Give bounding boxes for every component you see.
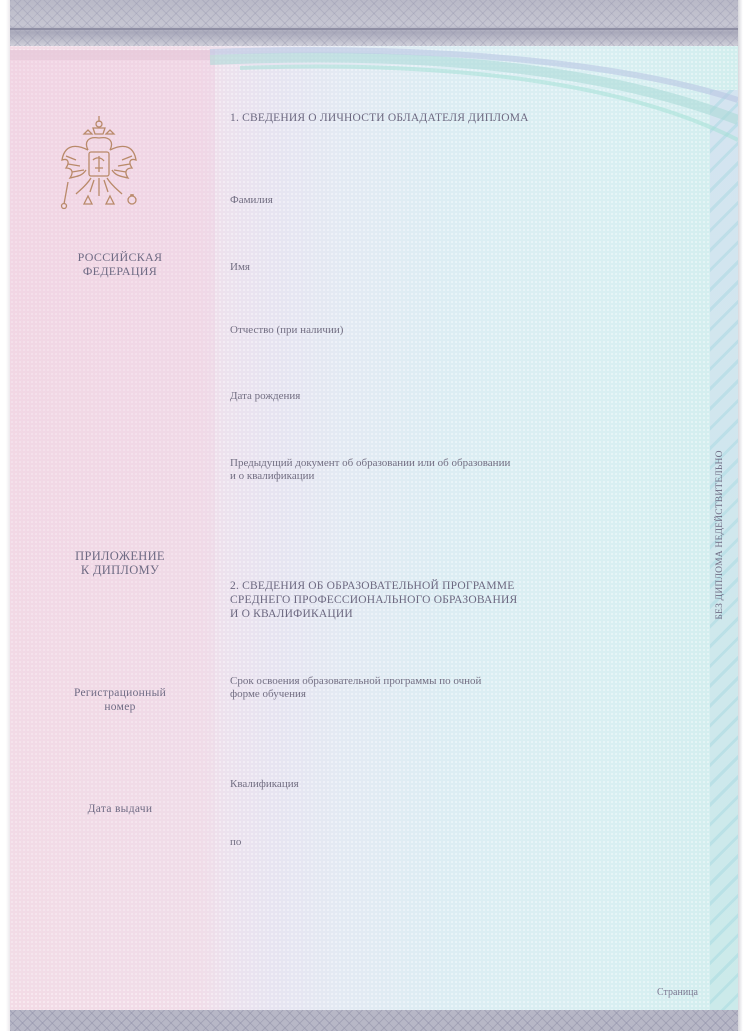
supplement-title-line-2: К ДИПЛОМУ <box>20 563 220 577</box>
patronymic-label: Отчество (при наличии) <box>230 324 343 337</box>
bottom-guilloche-border <box>10 1010 738 1031</box>
registration-number-line-2: номер <box>20 700 220 714</box>
country-line-1: РОССИЙСКАЯ <box>20 250 220 264</box>
issue-date-label: Дата выдачи <box>20 802 220 816</box>
program-duration-line-1: Срок освоения образовательной программы … <box>230 675 481 688</box>
qualification-label: Квалификация <box>230 778 299 791</box>
scan-right-margin <box>738 0 750 1031</box>
surname-label: Фамилия <box>230 194 273 207</box>
previous-document-line-1: Предыдущий документ об образовании или о… <box>230 457 510 470</box>
invalid-without-diploma-notice: БЕЗ ДИПЛОМА НЕДЕЙСТВИТЕЛЬНО <box>715 450 725 619</box>
previous-document-label: Предыдущий документ об образовании или о… <box>230 457 510 483</box>
name-label: Имя <box>230 261 250 274</box>
section-1-heading: 1. СВЕДЕНИЯ О ЛИЧНОСТИ ОБЛАДАТЕЛЯ ДИПЛОМ… <box>230 111 529 125</box>
specialty-by-label: по <box>230 836 241 849</box>
country-name: РОССИЙСКАЯ ФЕДЕРАЦИЯ <box>20 250 220 278</box>
previous-document-line-2: и о квалификации <box>230 470 510 483</box>
coat-of-arms-icon <box>58 112 140 220</box>
program-duration-label: Срок освоения образовательной программы … <box>230 675 481 701</box>
country-line-2: ФЕДЕРАЦИЯ <box>20 264 220 278</box>
section-2-heading: 2. СВЕДЕНИЯ ОБ ОБРАЗОВАТЕЛЬНОЙ ПРОГРАММЕ… <box>230 579 517 621</box>
registration-number-line-1: Регистрационный <box>20 686 220 700</box>
section-2-heading-line-3: И О КВАЛИФИКАЦИИ <box>230 607 517 621</box>
section-2-heading-line-1: 2. СВЕДЕНИЯ ОБ ОБРАЗОВАТЕЛЬНОЙ ПРОГРАММЕ <box>230 579 517 593</box>
section-2-heading-line-2: СРЕДНЕГО ПРОФЕССИОНАЛЬНОГО ОБРАЗОВАНИЯ <box>230 593 517 607</box>
scan-left-margin <box>0 0 10 1031</box>
page-number-label: Страница <box>657 987 698 998</box>
registration-number-label: Регистрационный номер <box>20 686 220 714</box>
supplement-title-line-1: ПРИЛОЖЕНИЕ <box>20 549 220 563</box>
supplement-title: ПРИЛОЖЕНИЕ К ДИПЛОМУ <box>20 549 220 577</box>
birth-date-label: Дата рождения <box>230 390 300 403</box>
program-duration-line-2: форме обучения <box>230 688 481 701</box>
